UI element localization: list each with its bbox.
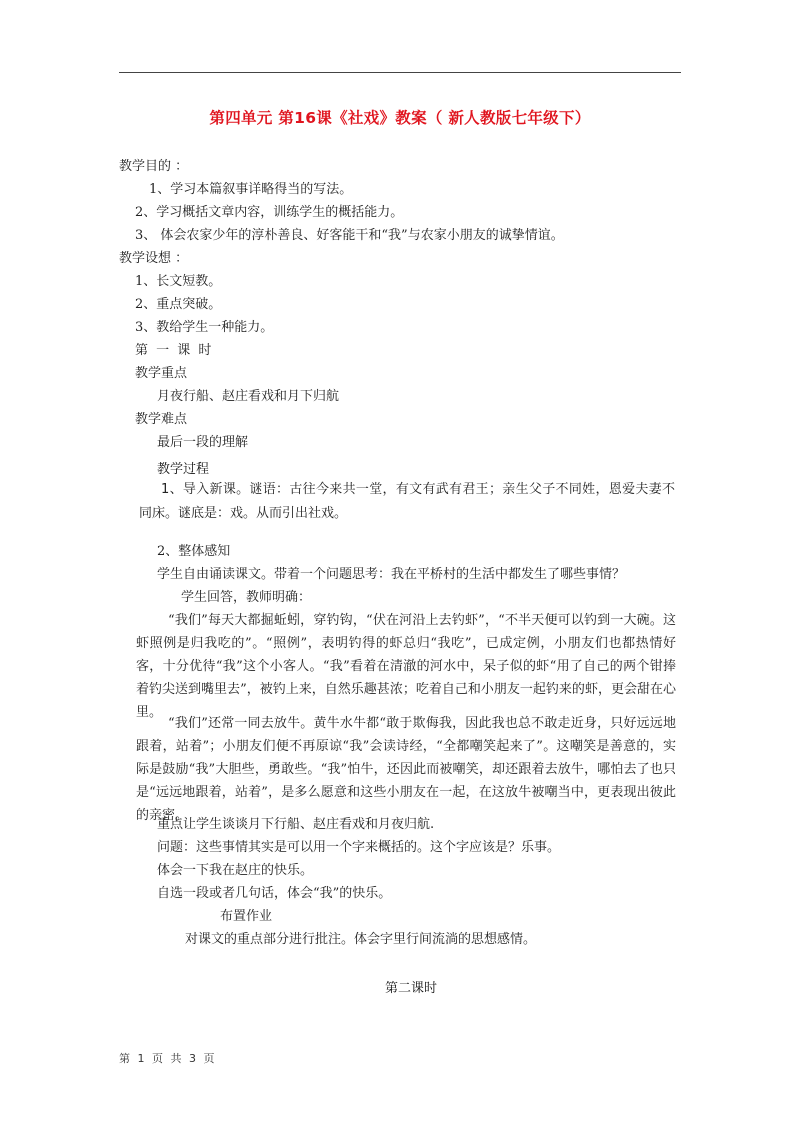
self-select-text: 自选一段或者几句话，体会“我”的快乐。 [157,885,391,903]
objective-item: 2、学习概括文章内容，训练学生的概括能力。 [135,204,403,222]
objective-item: 1、学习本篇叙事详略得当的写法。 [149,181,352,199]
homework-heading: 布置作业 [220,908,272,926]
paragraph-shrimp-fishing: “我们”每天大都掘蚯蚓，穿钓钩，“伏在河沿上去钓虾”，“不半天便可以钓到一大碗。… [136,609,676,724]
difficulty-text: 最后一段的理解 [157,434,248,452]
step1-intro-riddle: 1、导入新课。谜语：古往今来共一堂，有文有武有君王；亲生父子不同姓，恩爱夫妻不同… [139,478,675,526]
lesson1-heading: 第 一 课 时 [135,342,211,360]
step2-answer: 学生回答，教师明确： [181,589,311,607]
question-text: 问题：这些事情其实是可以用一个字来概括的。这个字应该是？乐事。 [157,839,560,857]
homework-text: 对课文的重点部分进行批注。体会字里行间流淌的思想感情。 [185,931,536,949]
design-item: 2、重点突破。 [135,296,221,314]
objectives-heading: 教学目的 ： [119,158,188,176]
key-points-text: 月夜行船、赵庄看戏和月下归航 [157,388,339,406]
design-heading: 教学设想 ： [119,250,188,268]
process-heading: 教学过程 [157,461,209,479]
header-rule [119,72,681,73]
experience-text: 体会一下我在赵庄的快乐。 [157,862,313,880]
step2-intro: 学生自由诵读课文。带着一个问题思考：我在平桥村的生活中都发生了哪些事情？ [157,566,625,584]
objective-item: 3、 体会农家少年的淳朴善良、好客能干和“我”与农家小朋友的诚挚情谊。 [135,227,564,245]
focus-text: 重点让学生谈谈月下行船、赵庄看戏和月夜归航. [157,816,434,834]
paragraph-cattle-herding: “我们”还常一同去放牛。黄牛水牛都“敢于欺侮我，因此我也总不敢走近身，只好远远地… [136,712,676,827]
page-footer: 第 1 页 共 3 页 [119,1050,216,1066]
design-item: 3、教给学生一种能力。 [135,319,273,337]
design-item: 1、长文短教。 [135,273,221,291]
key-points-heading: 教学重点 [135,365,187,383]
step2-heading: 2、整体感知 [157,543,230,561]
difficulty-heading: 教学难点 [135,411,187,429]
lesson2-heading: 第二课时 [385,980,437,998]
document-title: 第四单元 第16课《社戏》教案（ 新人教版七年级下） [0,106,800,128]
